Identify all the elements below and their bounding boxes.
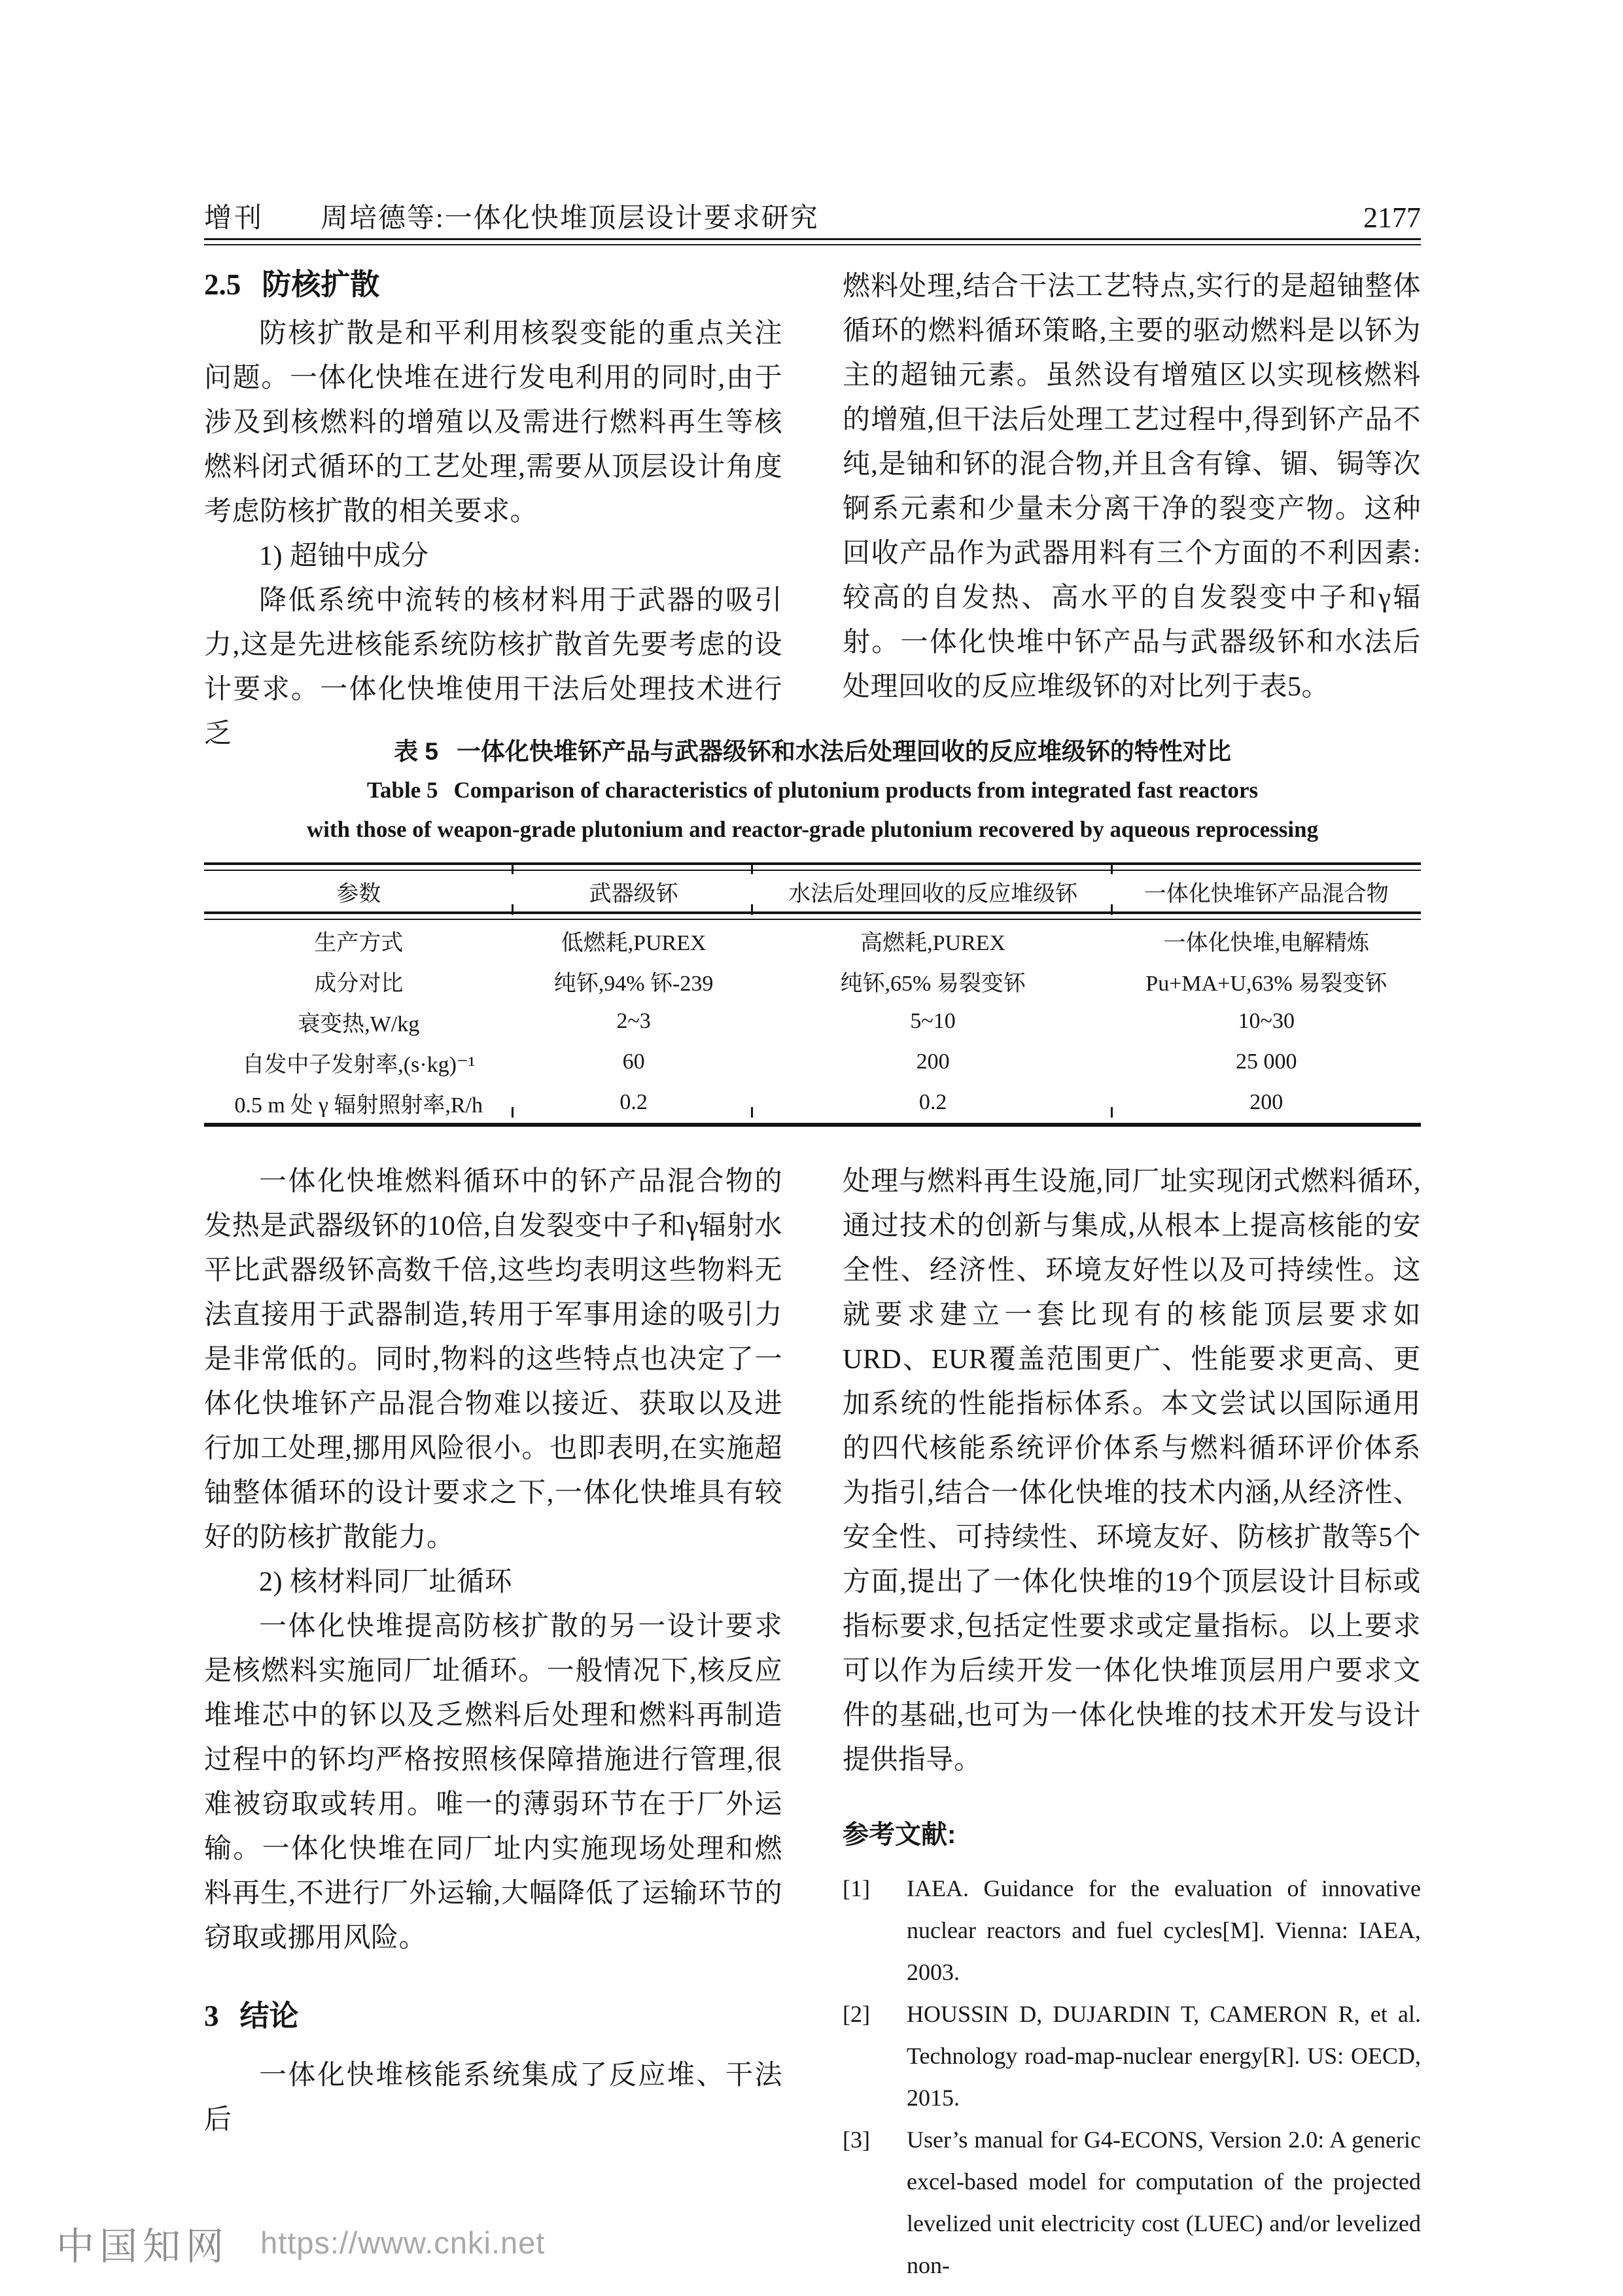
reference-item: [2] HOUSSIN D, DUJARDIN T, CAMERON R, et… <box>843 1993 1421 2119</box>
running-title: 周培德等:一体化快堆顶层设计要求研究 <box>321 196 819 236</box>
reference-item: [3] User’s manual for G4-ECONS, Version … <box>843 2119 1421 2286</box>
table-top-rule <box>204 862 1421 871</box>
table-grid-tick <box>1111 904 1113 915</box>
page-number: 2177 <box>1363 201 1421 234</box>
table-cell: 60 <box>513 1050 754 1074</box>
section-2-5-number: 2.5 <box>204 268 241 301</box>
section-2-5-title: 防核扩散 <box>262 268 379 301</box>
upper-columns: 2.5防核扩散 防核扩散是和平利用核裂变能的重点关注问题。一体化快堆在进行发电利… <box>204 264 1421 756</box>
table-cell: 2~3 <box>513 1009 754 1034</box>
table-grid-tick <box>512 1107 514 1118</box>
section-2-5-heading: 2.5防核扩散 <box>204 264 782 305</box>
left-column-top: 2.5防核扩散 防核扩散是和平利用核裂变能的重点关注问题。一体化快堆在进行发电利… <box>204 264 782 756</box>
paragraph: 防核扩散是和平利用核裂变能的重点关注问题。一体化快堆在进行发电利用的同时,由于涉… <box>204 311 782 534</box>
table-row: 生产方式 低燃耗,PUREX 高燃耗,PUREX 一体化快堆,电解精炼 <box>204 920 1421 961</box>
table-grid-tick <box>512 904 514 915</box>
table-row: 衰变热,W/kg 2~3 5~10 10~30 <box>204 1001 1421 1042</box>
table-grid-tick <box>1111 864 1113 874</box>
table-cell: 自发中子发射率,(s·kg)⁻¹ <box>204 1046 513 1078</box>
table-5-label-zh: 表 5 <box>394 738 438 765</box>
reference-label: [1] <box>843 1867 907 1993</box>
table-grid-tick <box>751 864 753 874</box>
table-cell: Pu+MA+U,63% 易裂变钚 <box>1112 965 1421 997</box>
column-header: 水法后处理回收的反应堆级钚 <box>754 875 1112 908</box>
lower-columns: 一体化快堆燃料循环中的钚产品混合物的发热是武器级钚的10倍,自发裂变中子和γ辐射… <box>204 1159 1421 2286</box>
table-cell: 0.5 m 处 γ 辐射照射率,R/h <box>204 1087 513 1119</box>
table-5-caption-en-line1: Table 5Comparison of characteristics of … <box>204 771 1421 810</box>
table-cell: 10~30 <box>1112 1009 1421 1034</box>
reference-text: HOUSSIN D, DUJARDIN T, CAMERON R, et al.… <box>907 1993 1421 2119</box>
table-cell: 5~10 <box>754 1009 1112 1034</box>
right-column-bottom: 处理与燃料再生设施,同厂址实现闭式燃料循环,通过技术的创新与集成,从根本上提高核… <box>843 1159 1421 2286</box>
table-cell: 衰变热,W/kg <box>204 1006 513 1038</box>
table-bottom-rule <box>204 1123 1421 1127</box>
page-header: 增刊 周培德等:一体化快堆顶层设计要求研究 2177 <box>204 196 1421 236</box>
table-cell: 200 <box>1112 1090 1421 1115</box>
table-grid-tick <box>512 864 514 874</box>
paragraph: 燃料处理,结合干法工艺特点,实行的是超铀整体循环的燃料循环策略,主要的驱动燃料是… <box>843 264 1421 709</box>
reference-text: IAEA. Guidance for the evaluation of inn… <box>907 1867 1421 1993</box>
table-cell: 生产方式 <box>204 925 513 957</box>
paragraph: 处理与燃料再生设施,同厂址实现闭式燃料循环,通过技术的创新与集成,从根本上提高核… <box>843 1159 1421 1782</box>
table-cell: 0.2 <box>513 1090 754 1115</box>
header-divider-rule <box>204 238 1421 245</box>
cnki-watermark-url: https://www.cnki.net <box>260 2225 545 2261</box>
table-cell: 0.2 <box>754 1090 1112 1115</box>
table-cell: 纯钚,94% 钚-239 <box>513 965 754 997</box>
paragraph: 一体化快堆提高防核扩散的另一设计要求是核燃料实施同厂址循环。一般情况下,核反应堆… <box>204 1604 782 1960</box>
table-5-caption-en-line2: with those of weapon-grade plutonium and… <box>204 810 1421 849</box>
reference-label: [3] <box>843 2119 907 2286</box>
table-header-row: 参数 武器级钚 水法后处理回收的反应堆级钚 一体化快堆钚产品混合物 <box>204 871 1421 911</box>
table-row: 自发中子发射率,(s·kg)⁻¹ 60 200 25 000 <box>204 1042 1421 1082</box>
table-row: 成分对比 纯钚,94% 钚-239 纯钚,65% 易裂变钚 Pu+MA+U,63… <box>204 961 1421 1001</box>
right-column-top: 燃料处理,结合干法工艺特点,实行的是超铀整体循环的燃料循环策略,主要的驱动燃料是… <box>843 264 1421 756</box>
reference-text: User’s manual for G4-ECONS, Version 2.0:… <box>907 2119 1421 2286</box>
table-5: 参数 武器级钚 水法后处理回收的反应堆级钚 一体化快堆钚产品混合物 生产方式 低… <box>204 862 1421 1127</box>
section-3-heading: 3结论 <box>204 1996 782 2036</box>
journal-page: 增刊 周培德等:一体化快堆顶层设计要求研究 2177 2.5防核扩散 防核扩散是… <box>0 0 1623 2296</box>
table-grid-tick <box>1111 1107 1113 1118</box>
reference-label: [2] <box>843 1993 907 2119</box>
table-cell: 一体化快堆,电解精炼 <box>1112 925 1421 957</box>
cnki-watermark-brand: 中国知网 <box>56 2216 229 2270</box>
table-header-rule <box>204 911 1421 920</box>
table-cell: 200 <box>754 1050 1112 1074</box>
table-cell: 25 000 <box>1112 1050 1421 1074</box>
left-column-bottom: 一体化快堆燃料循环中的钚产品混合物的发热是武器级钚的10倍,自发裂变中子和γ辐射… <box>204 1159 782 2286</box>
table-grid-tick <box>751 1107 753 1118</box>
section-3-title: 结论 <box>240 1999 299 2032</box>
table-cell: 低燃耗,PUREX <box>513 925 754 957</box>
section-3-number: 3 <box>204 2000 219 2032</box>
table-cell: 纯钚,65% 易裂变钚 <box>754 965 1112 997</box>
paragraph: 一体化快堆核能系统集成了反应堆、干法后 <box>204 2053 782 2142</box>
issue-label: 增刊 <box>204 196 264 236</box>
table-5-captions: 表 5一体化快堆钚产品与武器级钚和水法后处理回收的反应堆级钚的特性对比 Tabl… <box>204 733 1421 849</box>
list-item-heading: 1) 超铀中成分 <box>204 534 782 578</box>
paragraph: 降低系统中流转的核材料用于武器的吸引力,这是先进核能系统防核扩散首先要考虑的设计… <box>204 578 782 756</box>
table-cell: 高燃耗,PUREX <box>754 925 1112 957</box>
reference-item: [1] IAEA. Guidance for the evaluation of… <box>843 1867 1421 1993</box>
table-5-title-zh: 一体化快堆钚产品与武器级钚和水法后处理回收的反应堆级钚的特性对比 <box>457 738 1231 765</box>
paragraph: 一体化快堆燃料循环中的钚产品混合物的发热是武器级钚的10倍,自发裂变中子和γ辐射… <box>204 1159 782 1560</box>
column-header: 一体化快堆钚产品混合物 <box>1112 875 1421 908</box>
table-cell: 成分对比 <box>204 965 513 997</box>
column-header: 武器级钚 <box>513 875 754 908</box>
column-header: 参数 <box>204 875 513 908</box>
table-5-label-en: Table 5 <box>367 777 438 803</box>
list-item-heading: 2) 核材料同厂址循环 <box>204 1560 782 1604</box>
table-5-title-en: Comparison of characteristics of plutoni… <box>453 777 1258 803</box>
table-row: 0.5 m 处 γ 辐射照射率,R/h 0.2 0.2 200 <box>204 1082 1421 1123</box>
table-grid-tick <box>751 904 753 915</box>
references-heading: 参考文献: <box>843 1818 1421 1852</box>
table-5-caption-zh: 表 5一体化快堆钚产品与武器级钚和水法后处理回收的反应堆级钚的特性对比 <box>204 733 1421 771</box>
